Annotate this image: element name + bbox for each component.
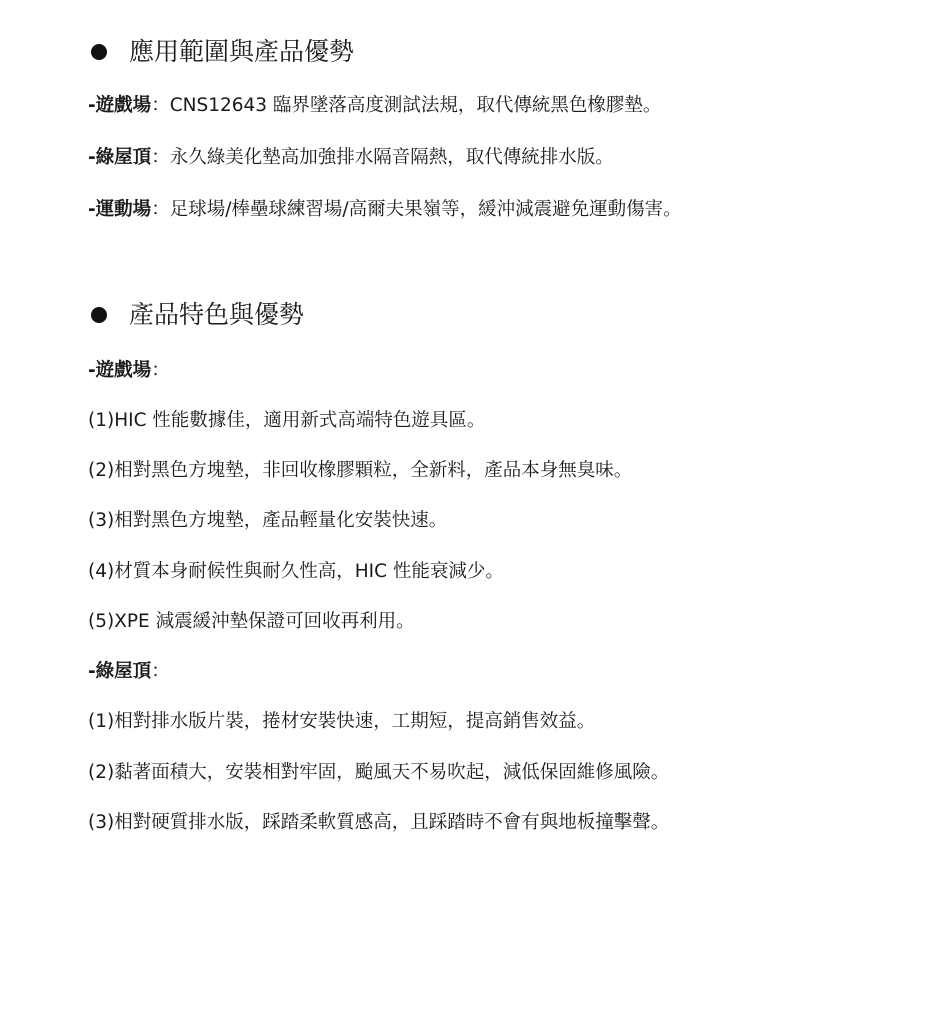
group-label: -綠屋頂 <box>88 661 151 682</box>
item-label: -運動場 <box>88 199 151 220</box>
item-separator: ： <box>151 199 170 220</box>
application-item-green-roof: -綠屋頂：永久綠美化墊高加強排水隔音隔熱，取代傳統排水版。 <box>88 145 614 171</box>
group-separator: ： <box>151 661 170 682</box>
feature-point: (1)HIC 性能數據佳，適用新式高端特色遊具區。 <box>88 408 485 434</box>
section-heading-text: 應用範圍與產品優勢 <box>129 37 354 67</box>
feature-point: (1)相對排水版片裝，捲材安裝快速，工期短，提高銷售效益。 <box>88 709 595 735</box>
item-text: 足球場/棒壘球練習場/高爾夫果嶺等，緩沖減震避免運動傷害。 <box>170 199 682 220</box>
item-text: CNS12643 臨界墜落高度測試法規，取代傳統黑色橡膠墊。 <box>170 95 662 116</box>
item-separator: ： <box>151 95 170 116</box>
section-heading-text: 產品特色與優勢 <box>129 300 304 330</box>
group-label: -遊戲場 <box>88 360 151 381</box>
section-heading-features: 產品特色與優勢 <box>90 300 304 330</box>
application-item-sports-field: -運動場：足球場/棒壘球練習場/高爾夫果嶺等，緩沖減震避免運動傷害。 <box>88 197 682 223</box>
feature-point: (5)XPE 減震緩沖墊保證可回收再利用。 <box>88 609 415 635</box>
item-separator: ： <box>151 147 170 168</box>
group-separator: ： <box>151 360 170 381</box>
feature-point: (2)黏著面積大，安裝相對牢固，颱風天不易吹起，減低保固維修風險。 <box>88 760 669 786</box>
group-label-green-roof: -綠屋頂： <box>88 659 170 685</box>
feature-point: (4)材質本身耐候性與耐久性高，HIC 性能衰減少。 <box>88 559 504 585</box>
feature-point: (3)相對黑色方塊墊，產品輕量化安裝快速。 <box>88 508 447 534</box>
bullet-dot-icon <box>91 44 107 60</box>
feature-point: (2)相對黑色方塊墊，非回收橡膠顆粒，全新料，產品本身無臭味。 <box>88 458 632 484</box>
feature-point: (3)相對硬質排水版，踩踏柔軟質感高，且踩踏時不會有與地板撞擊聲。 <box>88 810 669 836</box>
item-label: -綠屋頂 <box>88 147 151 168</box>
bullet-dot-icon <box>91 307 107 323</box>
section-heading-applications: 應用範圍與產品優勢 <box>90 37 354 67</box>
item-label: -遊戲場 <box>88 95 151 116</box>
application-item-playground: -遊戲場：CNS12643 臨界墜落高度測試法規，取代傳統黑色橡膠墊。 <box>88 93 661 119</box>
group-label-playground: -遊戲場： <box>88 358 170 384</box>
item-text: 永久綠美化墊高加強排水隔音隔熱，取代傳統排水版。 <box>170 147 614 168</box>
